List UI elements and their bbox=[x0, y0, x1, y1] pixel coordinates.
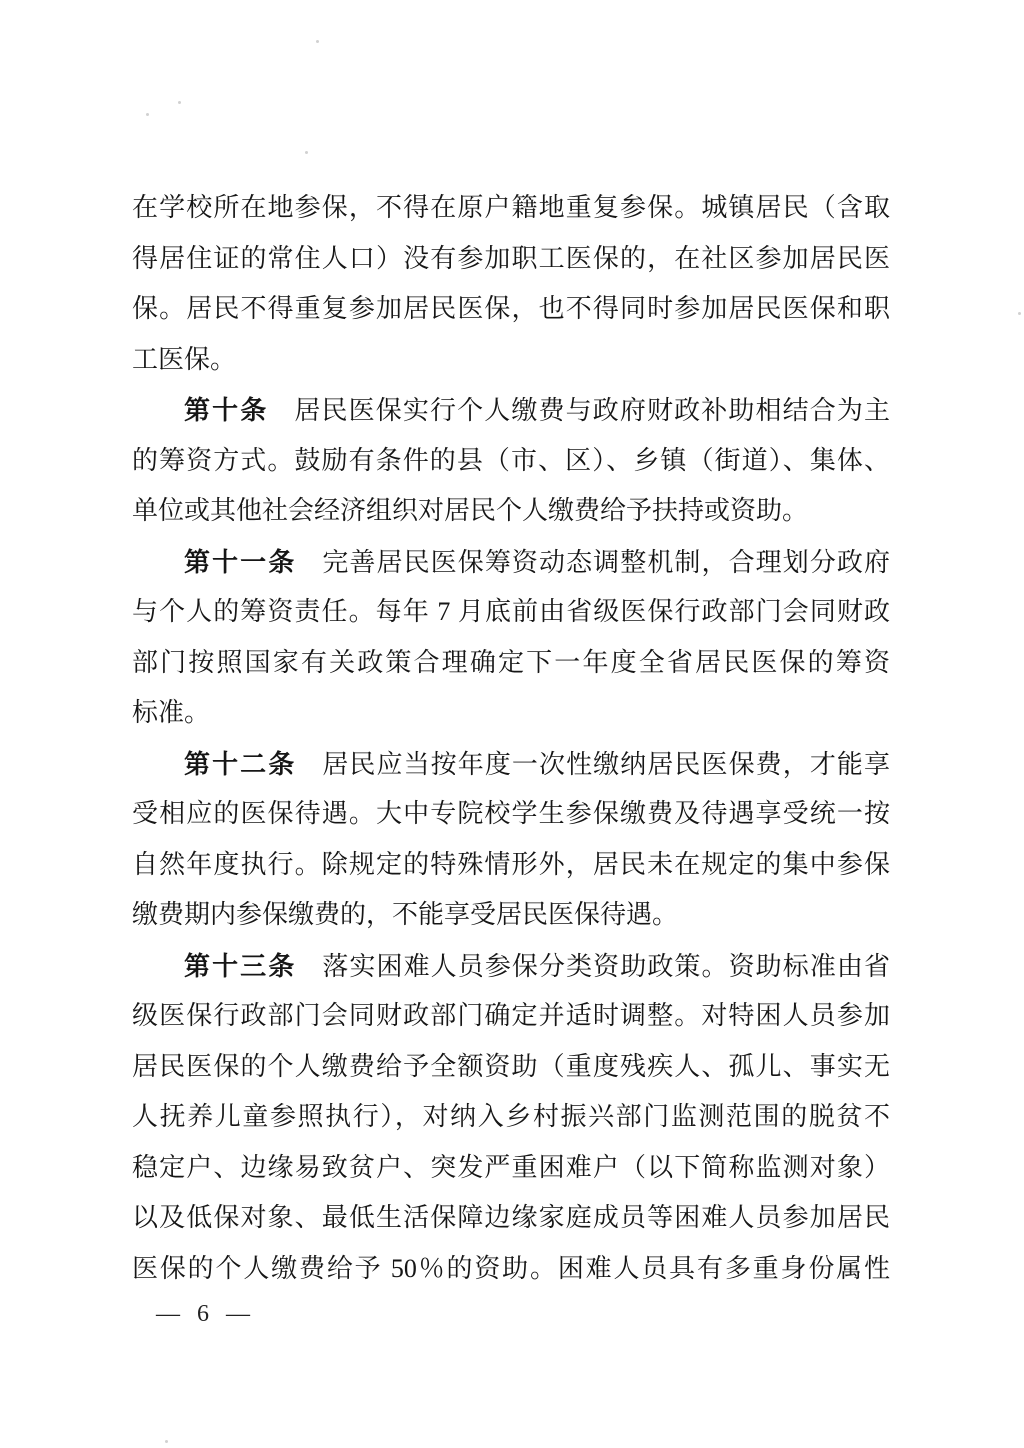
line-text: 完善居民医保筹资动态调整机制，合理划分政府 bbox=[322, 548, 890, 577]
body-line: 医保的个人缴费给予 50％的资助。困难人员具有多重身份属性 bbox=[132, 1244, 890, 1295]
body-line: 标准。 bbox=[132, 688, 890, 739]
line-text: 居民医保实行个人缴费与政府财政补助相结合为主 bbox=[294, 396, 890, 425]
body-line: 单位或其他社会经济组织对居民个人缴费给予扶持或资助。 bbox=[132, 486, 890, 537]
article-13-first-line: 第十三条落实困难人员参保分类资助政策。资助标准由省 bbox=[132, 941, 890, 992]
document-text-block: 在学校所在地参保，不得在原户籍地重复参保。城镇居民（含取 得居住证的常住人口）没… bbox=[132, 183, 890, 1294]
article-11-first-line: 第十一条完善居民医保筹资动态调整机制，合理划分政府 bbox=[132, 537, 890, 588]
article-12-first-line: 第十二条居民应当按年度一次性缴纳居民医保费，才能享 bbox=[132, 739, 890, 790]
scan-speck bbox=[305, 151, 308, 154]
body-line: 级医保行政部门会同财政部门确定并适时调整。对特困人员参加 bbox=[132, 991, 890, 1042]
body-line: 自然年度执行。除规定的特殊情形外，居民未在规定的集中参保 bbox=[132, 840, 890, 891]
body-line: 的筹资方式。鼓励有条件的县（市、区）、乡镇（街道）、集体、 bbox=[132, 436, 890, 487]
body-line: 居民医保的个人缴费给予全额资助（重度残疾人、孤儿、事实无 bbox=[132, 1042, 890, 1093]
line-text: 居民应当按年度一次性缴纳居民医保费，才能享 bbox=[322, 750, 890, 779]
article-10-first-line: 第十条居民医保实行个人缴费与政府财政补助相结合为主 bbox=[132, 385, 890, 436]
body-line: 缴费期内参保缴费的，不能享受居民医保待遇。 bbox=[132, 890, 890, 941]
body-line: 与个人的筹资责任。每年 7 月底前由省级医保行政部门会同财政 bbox=[132, 587, 890, 638]
body-line: 保。居民不得重复参加居民医保，也不得同时参加居民医保和职 bbox=[132, 284, 890, 335]
body-line: 部门按照国家有关政策合理确定下一年度全省居民医保的筹资 bbox=[132, 638, 890, 689]
scan-speck bbox=[165, 1440, 168, 1443]
scan-speck bbox=[146, 113, 149, 116]
document-page: 在学校所在地参保，不得在原户籍地重复参保。城镇居民（含取 得居住证的常住人口）没… bbox=[0, 0, 1024, 1448]
article-13-heading: 第十三条 bbox=[184, 951, 296, 981]
scan-speck bbox=[178, 101, 181, 104]
article-12-heading: 第十二条 bbox=[184, 749, 296, 779]
scan-speck bbox=[316, 40, 319, 43]
scan-speck bbox=[1018, 312, 1021, 315]
body-line: 稳定户、边缘易致贫户、突发严重困难户（以下简称监测对象） bbox=[132, 1143, 890, 1194]
page-number: — 6 — bbox=[156, 1301, 250, 1327]
body-line: 在学校所在地参保，不得在原户籍地重复参保。城镇居民（含取 bbox=[132, 183, 890, 234]
body-line: 人抚养儿童参照执行），对纳入乡村振兴部门监测范围的脱贫不 bbox=[132, 1092, 890, 1143]
line-text: 落实困难人员参保分类资助政策。资助标准由省 bbox=[322, 952, 890, 981]
body-line: 受相应的医保待遇。大中专院校学生参保缴费及待遇享受统一按 bbox=[132, 789, 890, 840]
article-11-heading: 第十一条 bbox=[184, 547, 296, 577]
body-line: 以及低保对象、最低生活保障边缘家庭成员等困难人员参加居民 bbox=[132, 1193, 890, 1244]
article-10-heading: 第十条 bbox=[184, 395, 268, 425]
body-line: 得居住证的常住人口）没有参加职工医保的，在社区参加居民医 bbox=[132, 234, 890, 285]
page-footer: — 6 — bbox=[156, 1299, 250, 1329]
body-line: 工医保。 bbox=[132, 335, 890, 386]
